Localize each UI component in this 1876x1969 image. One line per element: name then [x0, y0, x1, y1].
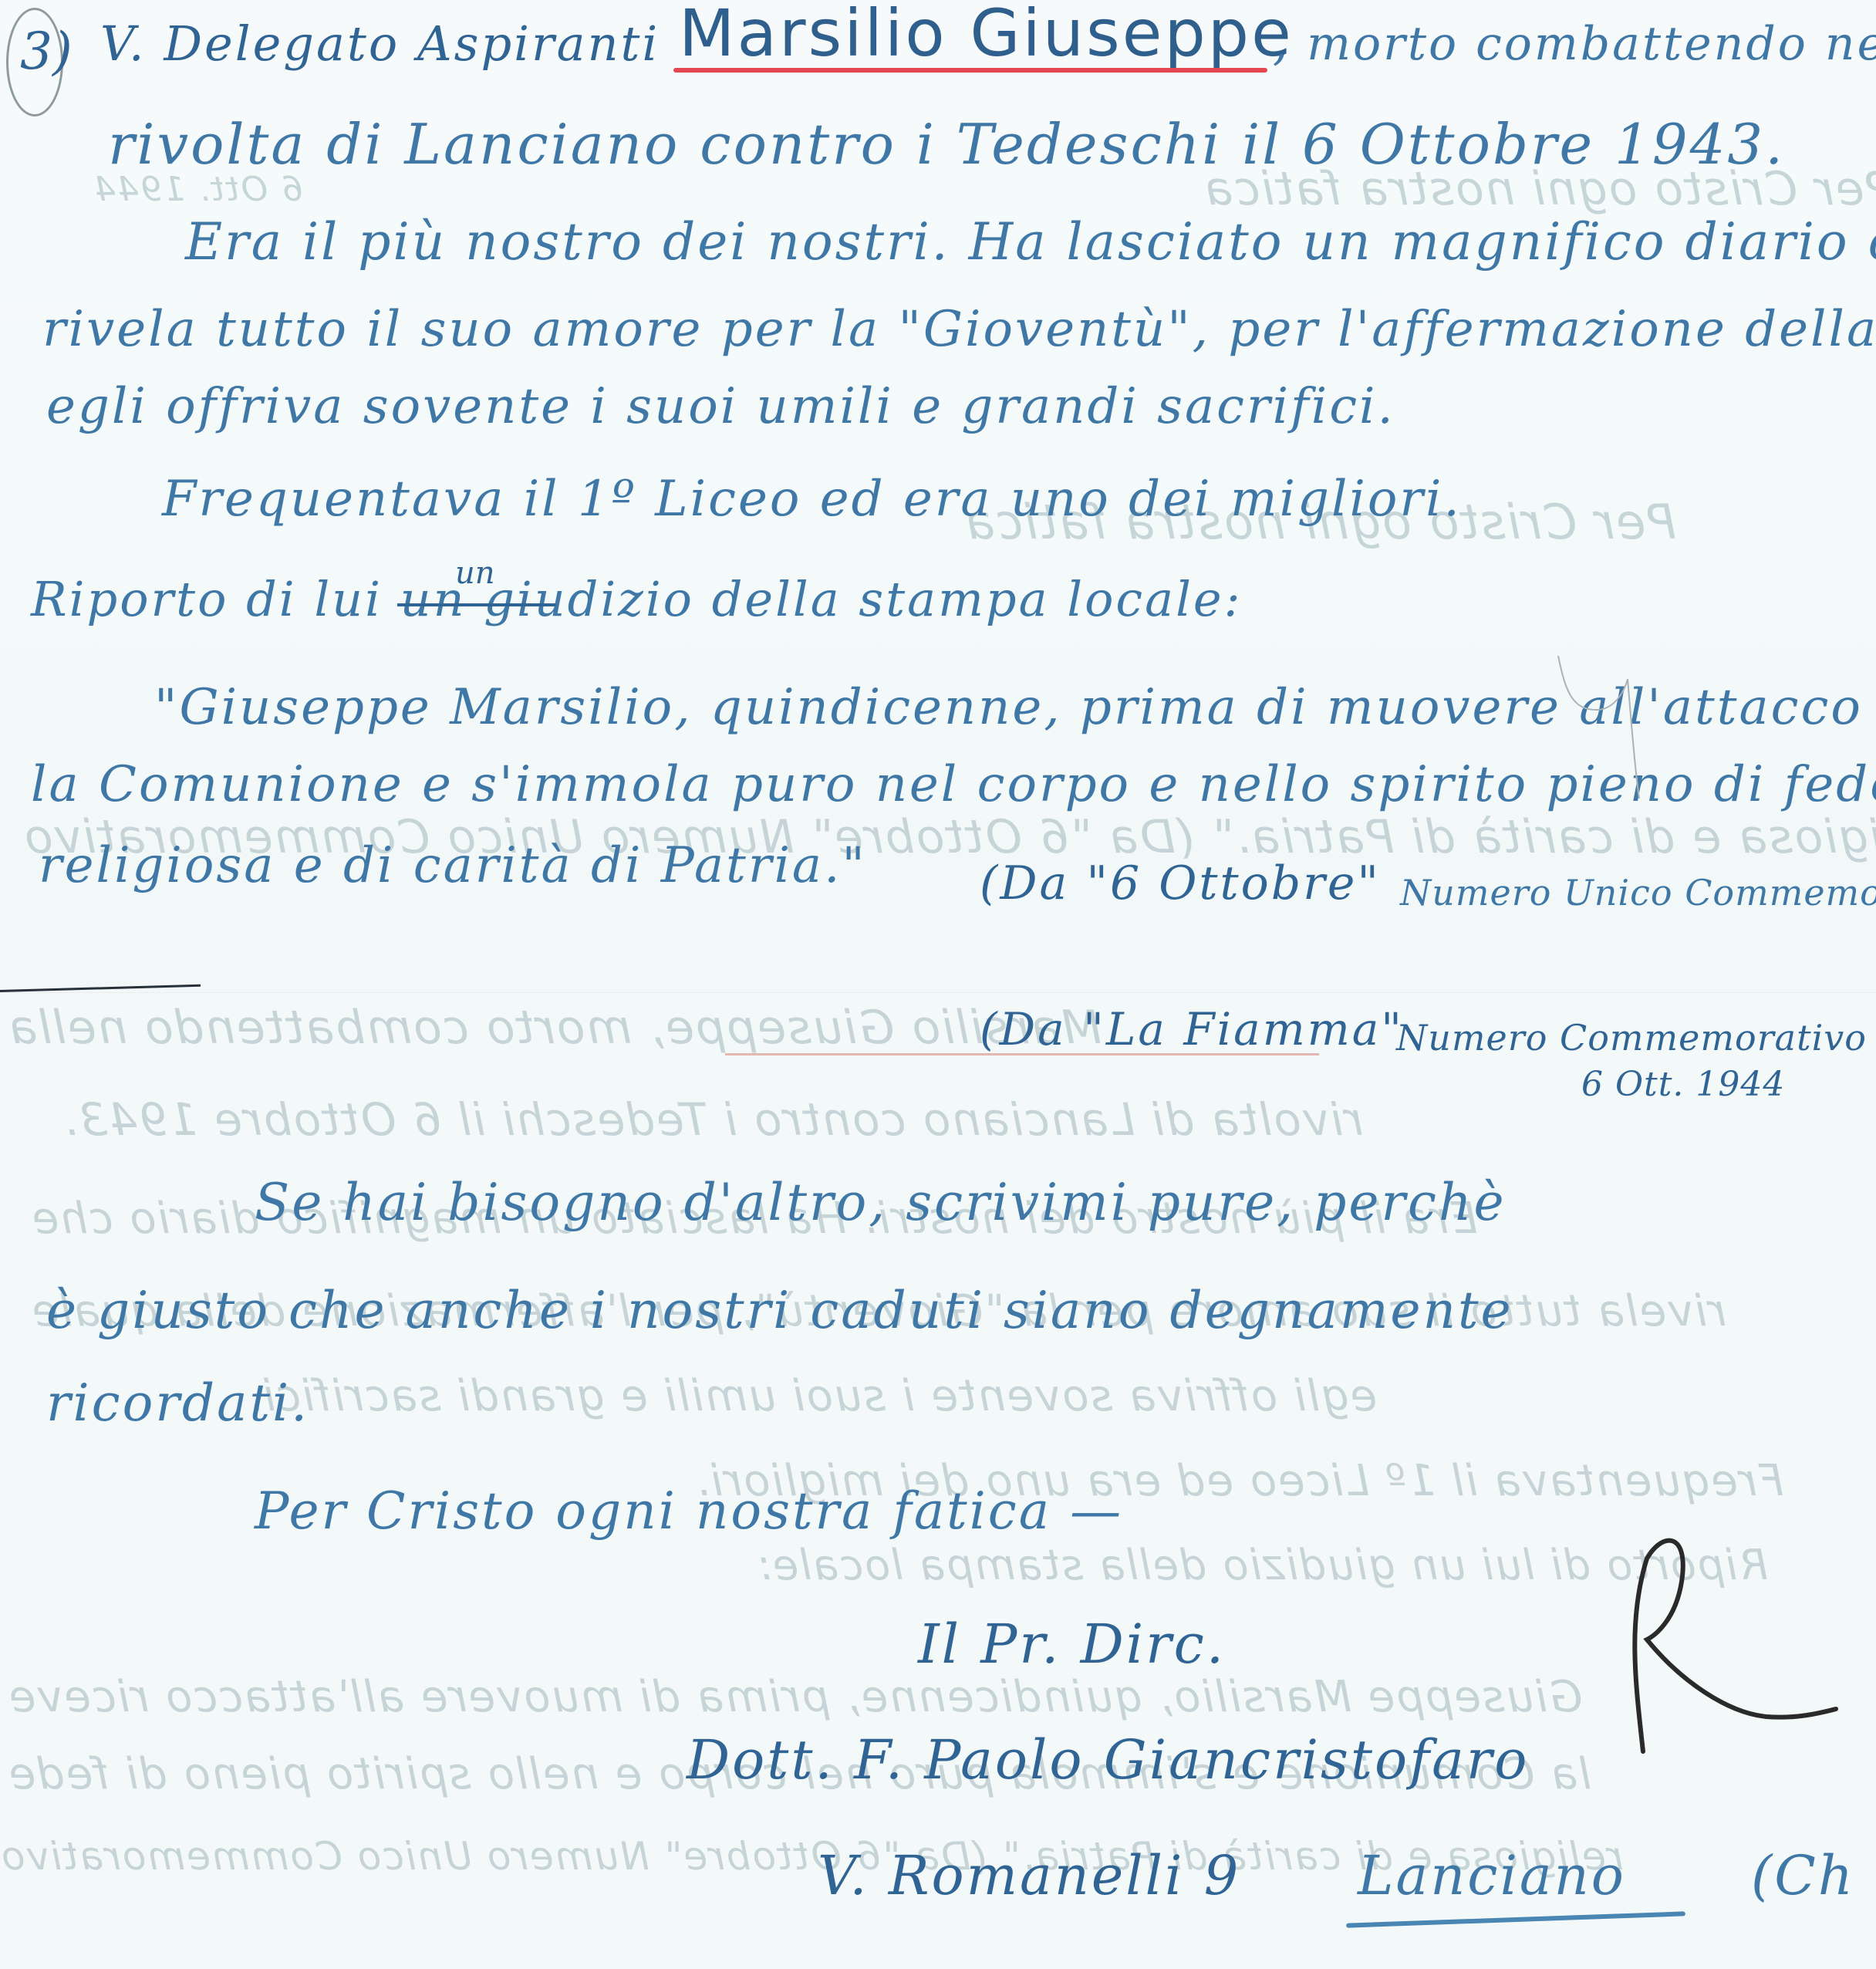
- paper-crease: [1550, 648, 1643, 802]
- body-line-3: rivela tutto il suo amore per la "Gioven…: [42, 301, 1876, 358]
- body-line-2: Era il più nostro dei nostri. Ha lasciat…: [185, 212, 1876, 272]
- citation-note-1: Numero Unico Commemorativo: [1400, 872, 1876, 914]
- paste-edge: [0, 984, 201, 992]
- body-line-5: Frequentava il 1º Liceo ed era uno dei m…: [162, 471, 1462, 528]
- citation-source-2: (Da "La Fiamma": [980, 1003, 1404, 1055]
- body-line-4: egli offriva sovente i suoi umili e gran…: [46, 378, 1395, 435]
- citation-note-2: Numero Commemorativo: [1396, 1017, 1867, 1059]
- closing-line-3: ricordati.: [46, 1373, 309, 1433]
- salutation: Per Cristo ogni nostra fatica —: [255, 1481, 1123, 1541]
- body-line-1: rivolta di Lanciano contro i Tedeschi il…: [108, 112, 1785, 177]
- bleed-through-text: egli offriva sovente i suoi umili e gran…: [247, 1371, 1377, 1421]
- letter-page: 6 Ott. 1944 Per Cristo ogni nostra fatic…: [0, 0, 1876, 1969]
- signature-city: Lanciano: [1358, 1844, 1626, 1907]
- signature-title: Il Pr. Dirc.: [918, 1613, 1226, 1676]
- strikethrough-mark: [397, 603, 555, 606]
- item-number: 3): [20, 22, 73, 81]
- inserted-word: un: [455, 556, 495, 591]
- signature-address-tail: (Ch: [1751, 1844, 1855, 1907]
- bleed-through-text: rivolta di Lanciano contro i Tedeschi il…: [62, 1093, 1363, 1146]
- signature-street: V. Romanelli 9: [818, 1844, 1240, 1907]
- signature-name: Dott. F. Paolo Giancristofaro: [687, 1728, 1529, 1792]
- heading-prefix: V. Delegato Aspiranti: [100, 15, 660, 72]
- bleed-through-text: Giuseppe Marsilio, quindicenne, prima di…: [8, 1672, 1583, 1722]
- heading-suffix: , morto combattendo nella: [1273, 17, 1876, 71]
- bleed-through-text: Marsilio Giuseppe, morto combattendo nel…: [8, 1001, 1102, 1055]
- body-line-6: Riporto di lui un giudizio della stampa …: [31, 571, 1243, 627]
- citation-date-2: 6 Ott. 1944: [1581, 1065, 1785, 1104]
- pencil-r-mark: [1589, 1528, 1876, 1782]
- closing-line-1: Se hai bisogno d'altro, scrivimi pure, p…: [255, 1173, 1507, 1232]
- red-underline: [673, 68, 1267, 73]
- closing-line-2: è giusto che anche i nostri caduti siano…: [46, 1281, 1513, 1340]
- citation-source-1: (Da "6 Ottobre": [980, 856, 1381, 910]
- quote-line-3: religiosa e di carità di Patria.": [39, 837, 867, 894]
- heading-name: Marsilio Giuseppe: [679, 0, 1294, 71]
